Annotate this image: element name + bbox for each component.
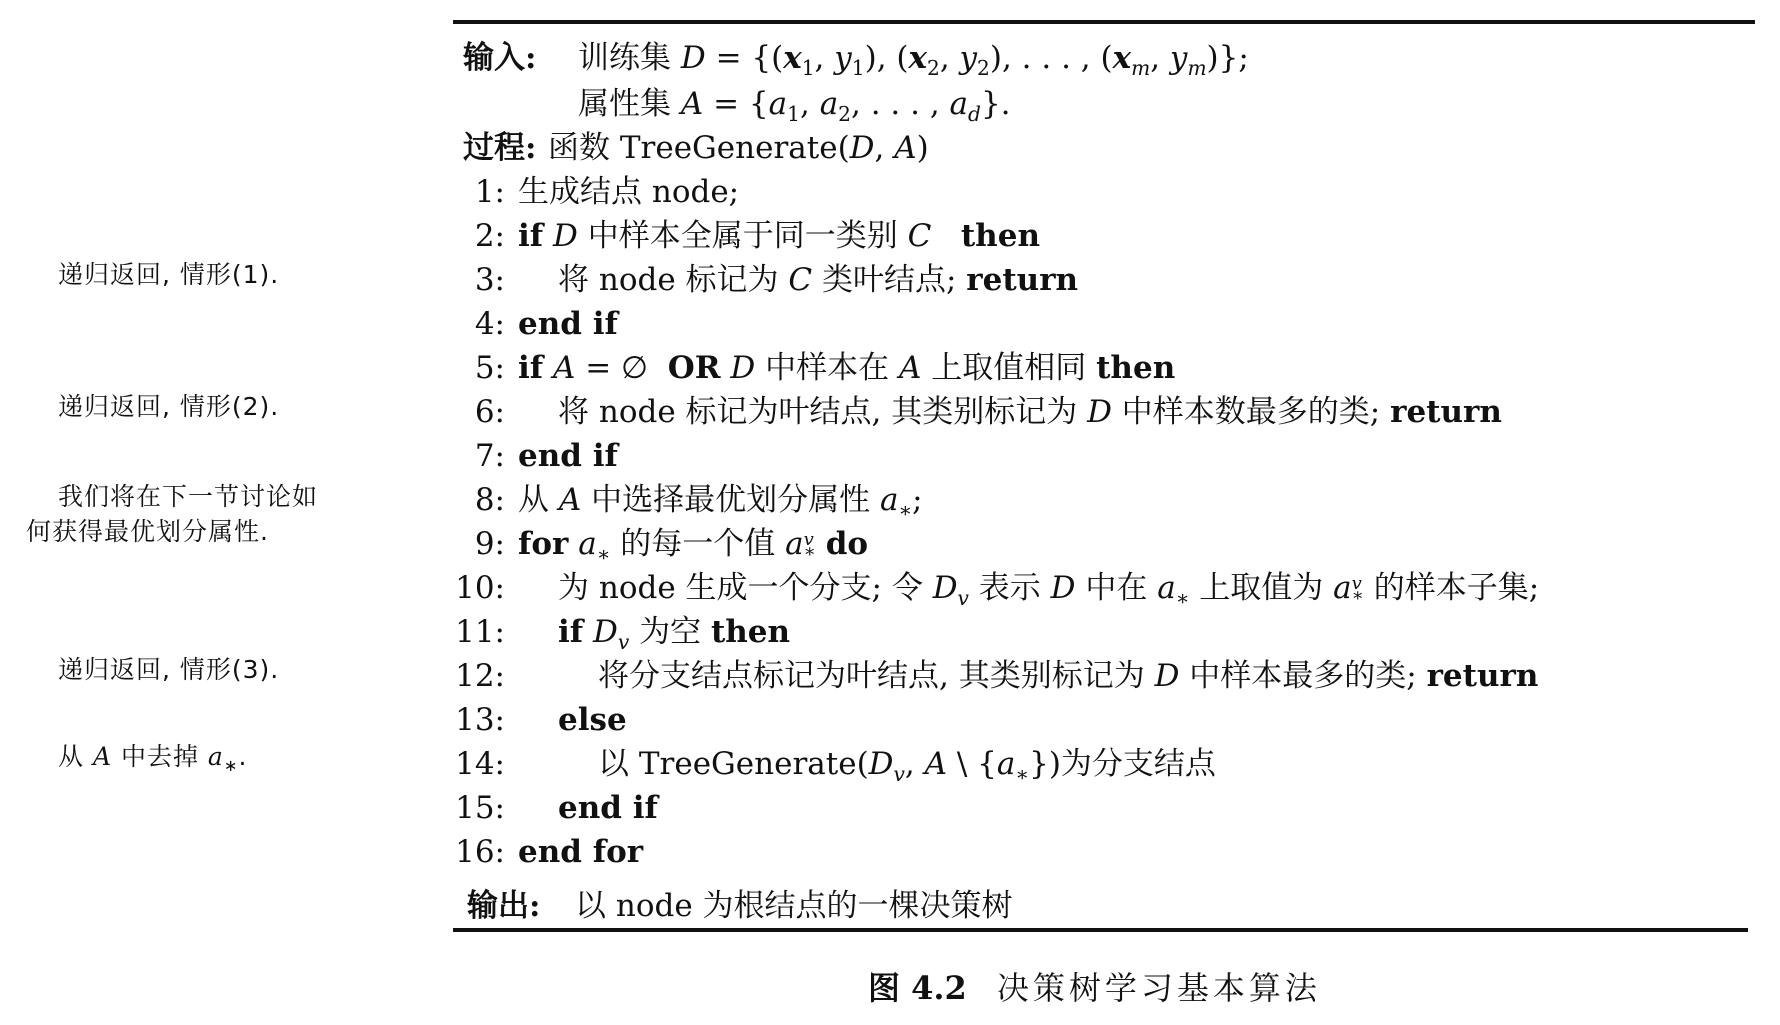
keyword-if: if (558, 614, 583, 650)
figure-number: 图 4.2 (868, 969, 967, 1007)
math-a: a (950, 86, 968, 122)
text: = { (703, 86, 768, 122)
line-number: 8: (455, 480, 505, 520)
margin-note-best-split-line2: 何获得最优划分属性. (26, 515, 269, 549)
sub: ∗ (1176, 586, 1190, 610)
keyword-return: return (1427, 658, 1539, 694)
math-D: D (553, 218, 578, 254)
keyword-if: if (518, 350, 543, 386)
sub: 2 (977, 56, 990, 80)
line-content: 将 node 标记为 C 类叶结点; return (558, 260, 1078, 300)
text: ) (917, 130, 929, 166)
math-a: a (1157, 570, 1175, 606)
line-content: 以 TreeGenerate(Dv, A \ {a∗})为分支结点 (598, 744, 1216, 794)
math-a: a (769, 86, 787, 122)
text: 属性集 (578, 86, 681, 122)
sub: ∗ (898, 498, 912, 522)
text: 的样本子集; (1364, 570, 1539, 606)
text: 表示 (969, 570, 1051, 606)
sub: m (1187, 56, 1206, 80)
note-math: A (93, 742, 112, 771)
math-D: D (1051, 570, 1076, 606)
text: ; (912, 482, 922, 518)
math-A: A (899, 350, 921, 386)
keyword-then: then (1096, 350, 1175, 386)
keyword-end-if: end if (518, 304, 618, 344)
text: 训练集 (578, 40, 681, 76)
line-number: 15: (455, 788, 505, 828)
line-content: 将分支结点标记为叶结点, 其类别标记为 D 中样本最多的类; return (598, 656, 1538, 696)
line-number: 6: (455, 392, 505, 432)
math-a: a (785, 526, 803, 562)
math-D: D (1087, 394, 1112, 430)
math-D: D (869, 746, 894, 782)
bottom-rule (453, 928, 1748, 932)
text: 将分支结点标记为叶结点, 其类别标记为 (598, 658, 1155, 694)
text: 为空 (629, 614, 711, 650)
margin-note-case-2: 递归返回, 情形(2). (58, 390, 279, 424)
text: 中样本全属于同一类别 (578, 218, 908, 254)
sub: ∗ (1352, 590, 1364, 602)
note-text: 从 (58, 742, 93, 771)
sub: 2 (838, 102, 851, 126)
sub: 1 (852, 56, 865, 80)
keyword-end-if: end if (518, 436, 618, 476)
text: 类叶结点; (812, 262, 966, 298)
line-content: for a∗ 的每一个值 av∗ do (518, 524, 868, 574)
input-label: 输入: (463, 38, 536, 78)
text: })为分支结点 (1029, 746, 1216, 782)
text: ), ( (865, 40, 909, 76)
math-A: A (559, 482, 581, 518)
line-number: 9: (455, 524, 505, 564)
text: 上取值相同 (921, 350, 1096, 386)
math-a: a (578, 526, 596, 562)
text: 中样本在 (755, 350, 899, 386)
math-y: y (960, 40, 978, 76)
sub: m (1131, 56, 1150, 80)
keyword-or: OR (668, 350, 721, 386)
text: 将 node 标记为 (558, 262, 788, 298)
sub: ∗ (1015, 762, 1029, 786)
text: 从 (518, 482, 559, 518)
math-a: a (880, 482, 898, 518)
sub: ∗ (597, 542, 611, 566)
sub: 2 (927, 56, 940, 80)
process-label: 过程: (463, 128, 536, 168)
text: }. (981, 86, 1011, 122)
keyword-then: then (711, 614, 790, 650)
line-number: 7: (455, 436, 505, 476)
line-number: 13: (455, 700, 505, 740)
sub: 1 (787, 102, 800, 126)
text: , (875, 130, 895, 166)
sub: v (958, 586, 969, 610)
math-D: D (1155, 658, 1180, 694)
math-A: A (553, 350, 575, 386)
math-C: C (788, 262, 812, 298)
sub: d (968, 102, 981, 126)
text: 中选择最优划分属性 (581, 482, 880, 518)
line-content: if D 中样本全属于同一类别 C then (518, 216, 1040, 256)
line-number: 2: (455, 216, 505, 256)
line-content: 生成结点 node; (518, 172, 739, 212)
text: , . . . , (851, 86, 950, 122)
keyword-return: return (1390, 394, 1502, 430)
line-content: 将 node 标记为叶结点, 其类别标记为 D 中样本数最多的类; return (558, 392, 1502, 432)
line-number: 3: (455, 260, 505, 300)
math-D: D (933, 570, 958, 606)
keyword-then: then (961, 218, 1040, 254)
text: 上取值为 (1189, 570, 1333, 606)
text: ), . . . , ( (990, 40, 1113, 76)
math-x: x (783, 40, 801, 76)
text: = {( (706, 40, 784, 76)
sub: ∗ (804, 546, 816, 558)
line-content: 从 A 中选择最优划分属性 a∗; (518, 480, 923, 530)
figure-caption: 图 4.2决策树学习基本算法 (868, 968, 1321, 1008)
math-A: A (681, 86, 703, 122)
text: 中样本最多的类; (1179, 658, 1426, 694)
keyword-else: else (558, 700, 627, 740)
note-text: 中去掉 (112, 742, 208, 771)
output-label: 输出: (467, 886, 540, 926)
process-signature: 函数 TreeGenerate(D, A) (548, 128, 929, 168)
output-body: 以 node 为根结点的一棵决策树 (575, 886, 1013, 926)
note-sub: ∗ (224, 756, 239, 775)
line-content: 为 node 生成一个分支; 令 Dv 表示 D 中在 a∗ 上取值为 av∗ … (558, 568, 1539, 618)
line-number: 11: (455, 612, 505, 652)
line-number: 5: (455, 348, 505, 388)
math-a: a (997, 746, 1015, 782)
math-A: A (925, 746, 947, 782)
line-number: 14: (455, 744, 505, 784)
text: 函数 TreeGenerate( (548, 130, 850, 166)
line-content: if Dv 为空 then (558, 612, 790, 662)
margin-note-case-1: 递归返回, 情形(1). (58, 258, 279, 292)
text: 将 node 标记为叶结点, 其类别标记为 (558, 394, 1087, 430)
margin-note-best-split-line1: 我们将在下一节讨论如 (58, 480, 318, 514)
note-math: a (208, 742, 224, 771)
line-number: 4: (455, 304, 505, 344)
math-C: C (908, 218, 932, 254)
keyword-for: for (518, 526, 568, 562)
line-number: 16: (455, 832, 505, 872)
figure-title: 决策树学习基本算法 (997, 969, 1321, 1007)
sub: v (894, 762, 905, 786)
text: 为 node 生成一个分支; 令 (558, 570, 933, 606)
text: 生成结点 node; (518, 174, 739, 210)
margin-note-remove-attr: 从 A 中去掉 a∗. (58, 740, 247, 783)
text: 中样本数最多的类; (1112, 394, 1390, 430)
keyword-do: do (826, 526, 868, 562)
math-y: y (834, 40, 852, 76)
keyword-return: return (966, 262, 1078, 298)
text: , (905, 746, 925, 782)
input-attribute-set: 属性集 A = {a1, a2, . . . , ad}. (578, 84, 1011, 134)
keyword-end-for: end for (518, 832, 643, 872)
math-D: D (730, 350, 755, 386)
math-D: D (850, 130, 875, 166)
text: )}; (1207, 40, 1249, 76)
text: , (800, 86, 820, 122)
keyword-end-if: end if (558, 788, 658, 828)
line-content: if A = ∅ OR D 中样本在 A 上取值相同 then (518, 348, 1175, 388)
keyword-if: if (518, 218, 543, 254)
text: 中在 (1076, 570, 1158, 606)
line-number: 12: (455, 656, 505, 696)
top-rule (453, 20, 1755, 24)
text: 以 TreeGenerate( (598, 746, 869, 782)
math-a: a (820, 86, 838, 122)
input-training-set: 训练集 D = {(x1, y1), (x2, y2), . . . , (xm… (578, 38, 1249, 88)
text: 的每一个值 (610, 526, 785, 562)
math-x: x (1113, 40, 1131, 76)
math-D: D (593, 614, 618, 650)
line-number: 10: (455, 568, 505, 608)
math-a: a (1333, 570, 1351, 606)
text: \ { (947, 746, 997, 782)
sub: 1 (802, 56, 815, 80)
math-x: x (909, 40, 927, 76)
sub: v (618, 630, 629, 654)
math-D: D (681, 40, 706, 76)
line-number: 1: (455, 172, 505, 212)
margin-note-case-3: 递归返回, 情形(3). (58, 653, 279, 687)
math-A: A (894, 130, 916, 166)
note-text: . (238, 742, 247, 771)
empty-set-symbol: = ∅ (575, 350, 658, 386)
math-y: y (1170, 40, 1188, 76)
